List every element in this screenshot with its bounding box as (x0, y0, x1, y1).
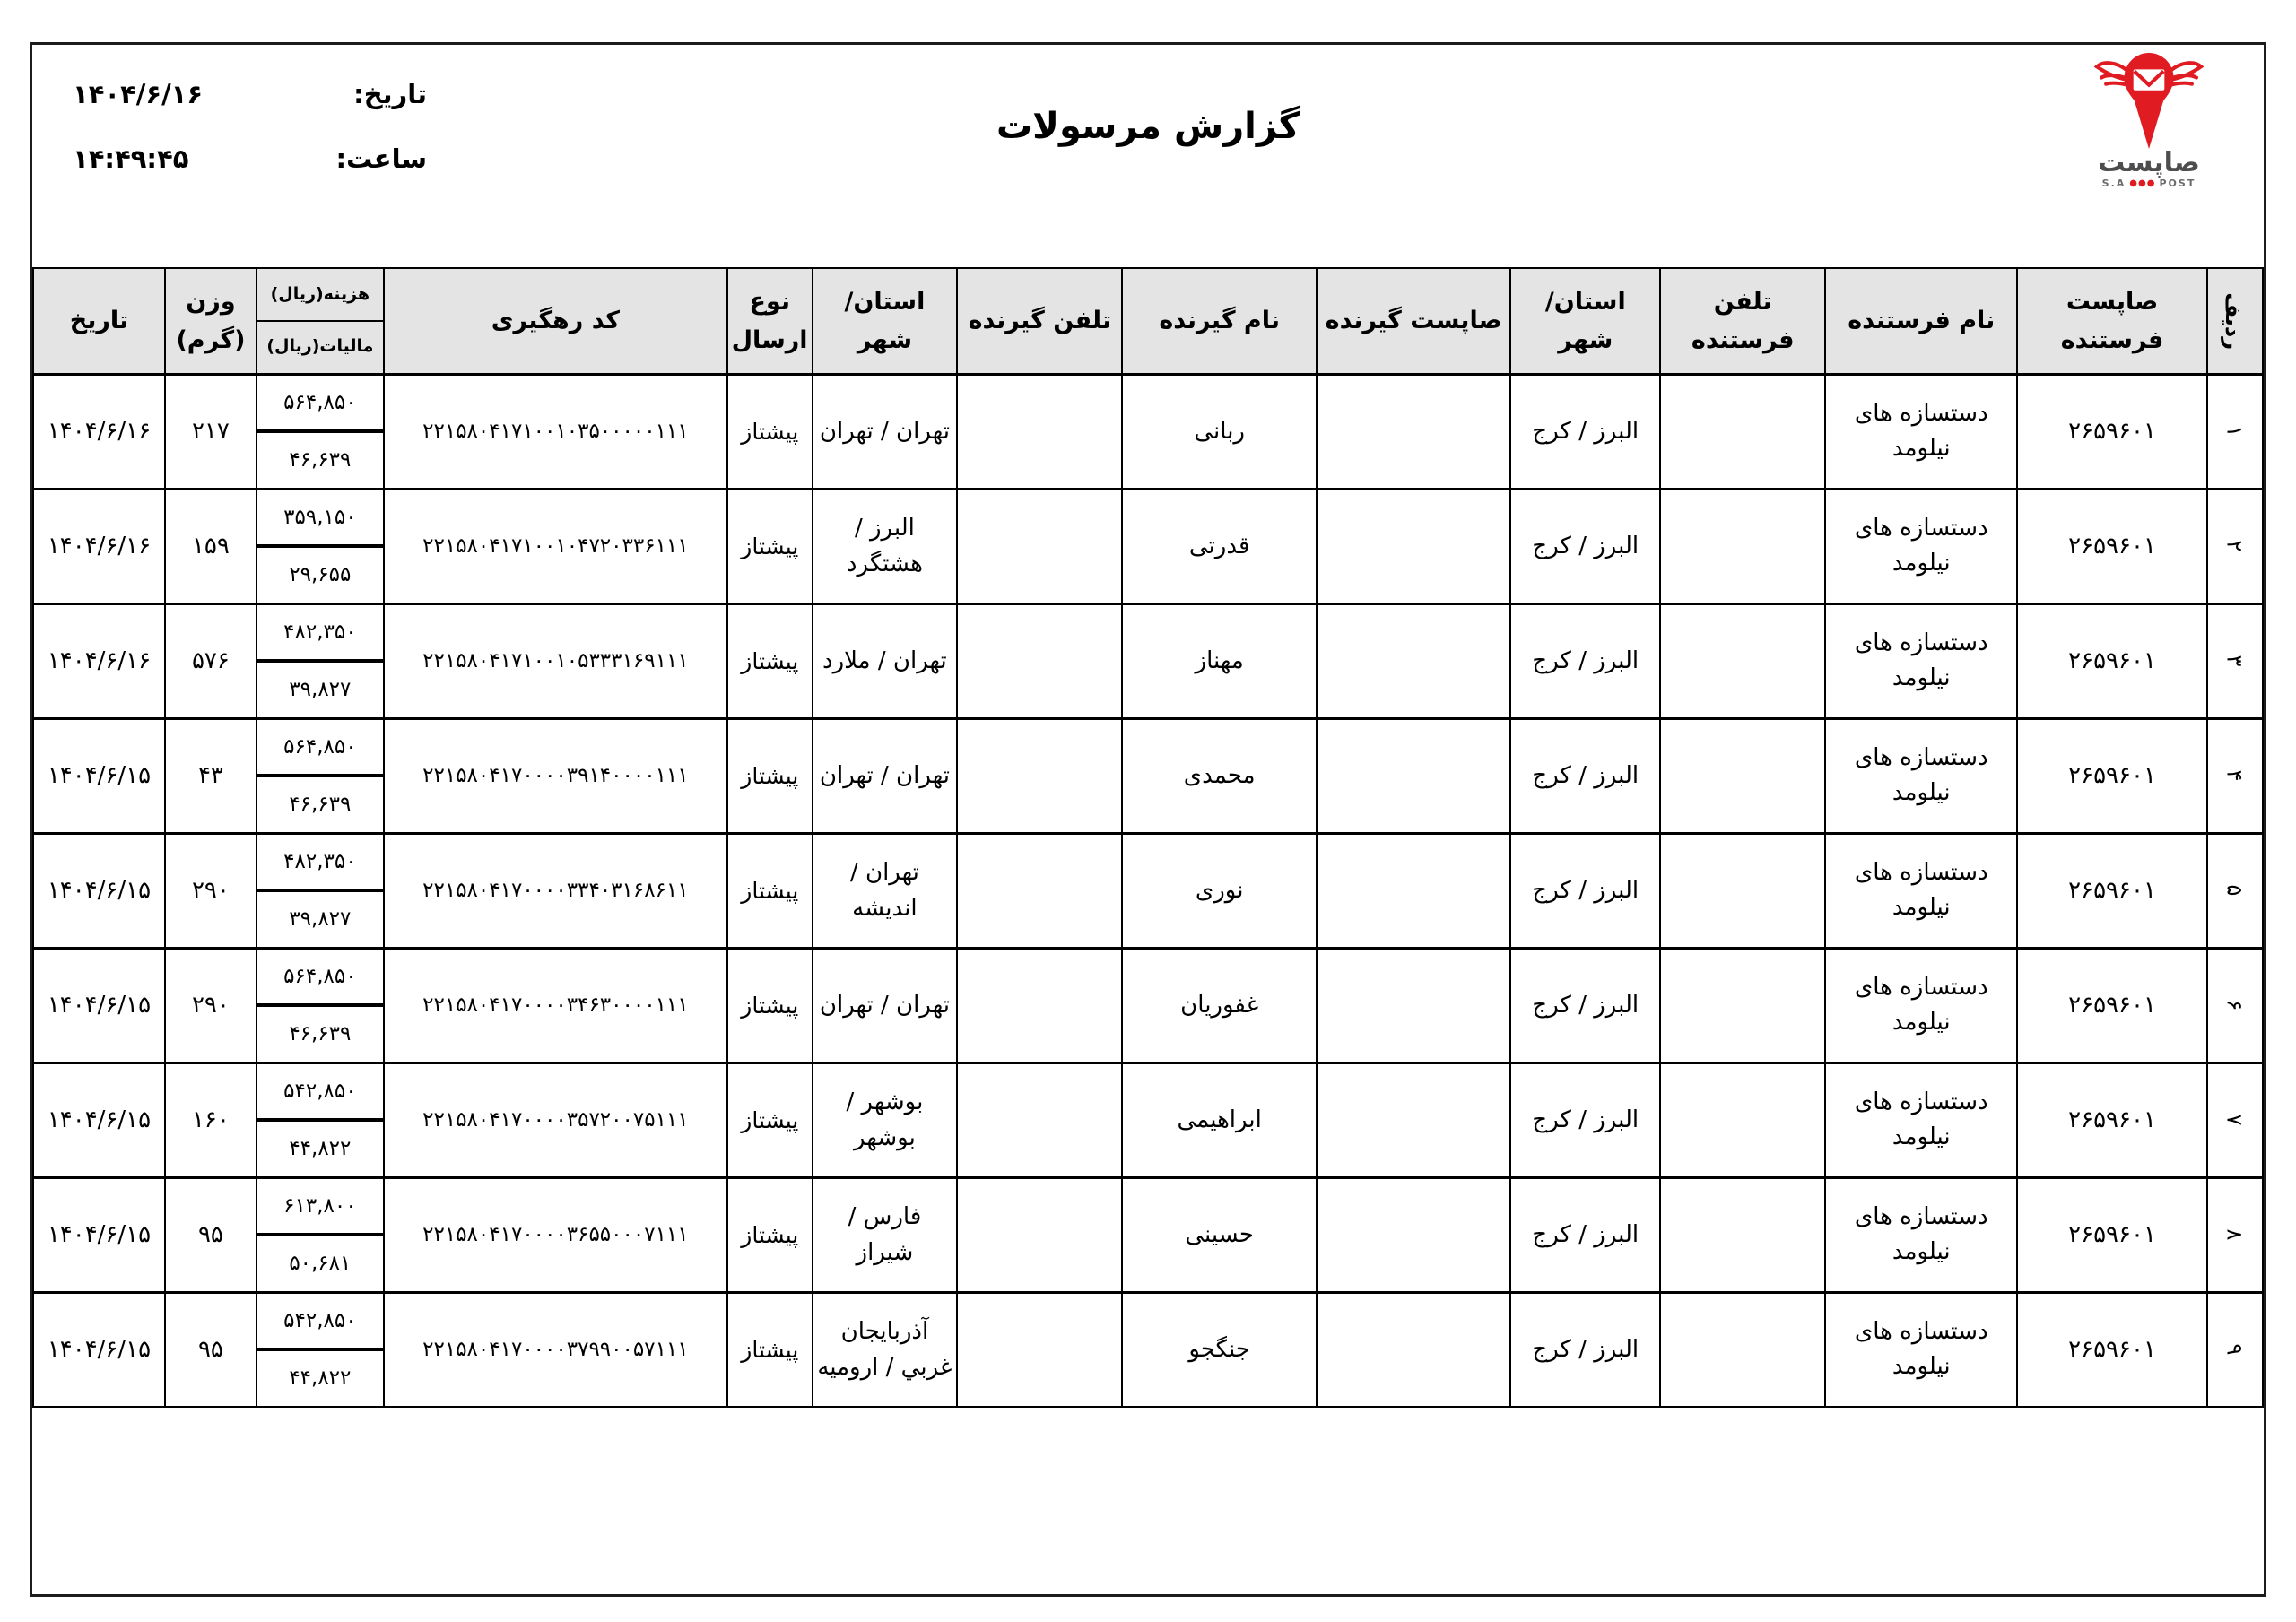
cell-send-type: پیشتاز (727, 718, 813, 833)
cell-cost: ۶۱۳,۸۰۰ (257, 1179, 383, 1236)
cell-weight: ۹۵ (165, 1177, 257, 1292)
col-header-weight: وزن (گرم) (165, 268, 257, 374)
cell-tracking-code: ۲۲۱۵۸۰۴۱۷۰۰۰۰۳۷۹۹۰۰۵۷۱۱۱ (384, 1292, 727, 1407)
cell-receiver-province: تهران / تهران (813, 374, 958, 489)
col-header-receiver-sapost: صاپست گیرنده (1317, 268, 1511, 374)
cell-sender-phone (1660, 833, 1825, 948)
cell-cost-tax: ۵۶۴,۸۵۰ ۴۶,۶۳۹ (257, 948, 384, 1063)
cell-receiver-phone (957, 489, 1122, 603)
cell-sender-sapost: ۲۶۵۹۶۰۱ (2017, 374, 2207, 489)
cell-receiver-phone (957, 374, 1122, 489)
cell-date: ۱۴۰۴/۶/۱۶ (33, 374, 165, 489)
cell-receiver-phone (957, 603, 1122, 718)
cell-send-type: پیشتاز (727, 603, 813, 718)
table-row: ۶ ۲۶۵۹۶۰۱ دستسازه های نیلومد البرز / کرج… (33, 948, 2263, 1063)
cell-receiver-sapost (1317, 603, 1511, 718)
time-value: ۱۴:۴۹:۴۵ (73, 143, 188, 174)
cell-receiver-name: ابراهیمی (1122, 1063, 1317, 1177)
cell-weight: ۱۶۰ (165, 1063, 257, 1177)
date-value: ۱۴۰۴/۶/۱۶ (73, 79, 203, 109)
cell-receiver-sapost (1317, 374, 1511, 489)
col-header-receiver-province: استان/ شهر (813, 268, 958, 374)
col-header-receiver-name: نام گیرنده (1122, 268, 1317, 374)
cell-weight: ۲۹۰ (165, 948, 257, 1063)
cell-tracking-code: ۲۲۱۵۸۰۴۱۷۰۰۰۰۳۶۵۵۰۰۰۷۱۱۱ (384, 1177, 727, 1292)
cell-weight: ۴۳ (165, 718, 257, 833)
cell-sender-province: البرز / کرج (1510, 1063, 1660, 1177)
cell-row-no: ۸ (2207, 1177, 2263, 1292)
sapost-dots-icon: ●●● (2129, 178, 2155, 188)
cell-sender-phone (1660, 489, 1825, 603)
cell-sender-sapost: ۲۶۵۹۶۰۱ (2017, 718, 2207, 833)
cell-tax: ۵۰,۶۸۱ (257, 1236, 383, 1290)
cell-sender-sapost: ۲۶۵۹۶۰۱ (2017, 833, 2207, 948)
cell-sender-name: دستسازه های نیلومد (1825, 948, 2017, 1063)
cell-send-type: پیشتاز (727, 1177, 813, 1292)
cell-sender-province: البرز / کرج (1510, 718, 1660, 833)
cell-date: ۱۴۰۴/۶/۱۶ (33, 489, 165, 603)
cell-cost-tax: ۵۶۴,۸۵۰ ۴۶,۶۳۹ (257, 718, 384, 833)
cell-tax: ۴۶,۶۳۹ (257, 777, 383, 831)
cell-sender-name: دستسازه های نیلومد (1825, 1292, 2017, 1407)
cell-row-no: ۴ (2207, 718, 2263, 833)
cell-row-no: ۳ (2207, 603, 2263, 718)
cell-sender-name: دستسازه های نیلومد (1825, 1063, 2017, 1177)
cell-receiver-phone (957, 1177, 1122, 1292)
cell-sender-phone (1660, 374, 1825, 489)
page-title: گزارش مرسولات (996, 106, 1300, 147)
table-row: ۴ ۲۶۵۹۶۰۱ دستسازه های نیلومد البرز / کرج… (33, 718, 2263, 833)
cell-tracking-code: ۲۲۱۵۸۰۴۱۷۰۰۰۰۳۹۱۴۰۰۰۰۱۱۱ (384, 718, 727, 833)
table-row: ۸ ۲۶۵۹۶۰۱ دستسازه های نیلومد البرز / کرج… (33, 1177, 2263, 1292)
cell-send-type: پیشتاز (727, 1292, 813, 1407)
date-label: تاریخ: (353, 79, 427, 109)
cell-row-no: ۱ (2207, 374, 2263, 489)
cell-sender-name: دستسازه های نیلومد (1825, 718, 2017, 833)
col-header-sender-province: استان/ شهر (1510, 268, 1660, 374)
cell-receiver-phone (957, 833, 1122, 948)
cell-tracking-code: ۲۲۱۵۸۰۴۱۷۱۰۰۱۰۳۵۰۰۰۰۰۱۱۱ (384, 374, 727, 489)
cell-receiver-province: تهران / تهران (813, 948, 958, 1063)
cell-date: ۱۴۰۴/۶/۱۵ (33, 1063, 165, 1177)
cell-send-type: پیشتاز (727, 1063, 813, 1177)
cell-tax: ۲۹,۶۵۵ (257, 548, 383, 602)
cell-sender-sapost: ۲۶۵۹۶۰۱ (2017, 1063, 2207, 1177)
cell-date: ۱۴۰۴/۶/۱۵ (33, 1292, 165, 1407)
time-label: ساعت: (335, 143, 427, 174)
table-row: ۳ ۲۶۵۹۶۰۱ دستسازه های نیلومد البرز / کرج… (33, 603, 2263, 718)
cell-receiver-name: ربانی (1122, 374, 1317, 489)
cell-receiver-name: حسینی (1122, 1177, 1317, 1292)
cell-receiver-name: محمدی (1122, 718, 1317, 833)
cell-sender-sapost: ۲۶۵۹۶۰۱ (2017, 489, 2207, 603)
table-row: ۲ ۲۶۵۹۶۰۱ دستسازه های نیلومد البرز / کرج… (33, 489, 2263, 603)
cell-send-type: پیشتاز (727, 833, 813, 948)
cell-tracking-code: ۲۲۱۵۸۰۴۱۷۱۰۰۱۰۴۷۲۰۳۳۶۱۱۱ (384, 489, 727, 603)
cell-tax: ۳۹,۸۲۷ (257, 892, 383, 946)
cell-receiver-province: بوشهر / بوشهر (813, 1063, 958, 1177)
cell-tracking-code: ۲۲۱۵۸۰۴۱۷۱۰۰۱۰۵۳۳۳۱۶۹۱۱۱ (384, 603, 727, 718)
col-header-sender-name: نام فرستنده (1825, 268, 2017, 374)
cell-weight: ۹۵ (165, 1292, 257, 1407)
sapost-wordmark: صاپست (2086, 149, 2212, 178)
cell-sender-sapost: ۲۶۵۹۶۰۱ (2017, 603, 2207, 718)
cell-cost: ۵۶۴,۸۵۰ (257, 720, 383, 777)
table-row: ۱ ۲۶۵۹۶۰۱ دستسازه های نیلومد البرز / کرج… (33, 374, 2263, 489)
cell-receiver-phone (957, 1063, 1122, 1177)
cell-tax: ۳۹,۸۲۷ (257, 663, 383, 716)
col-header-row-no: ردیف (2207, 268, 2263, 374)
cell-tracking-code: ۲۲۱۵۸۰۴۱۷۰۰۰۰۳۴۶۳۰۰۰۰۱۱۱ (384, 948, 727, 1063)
cell-receiver-province: البرز / هشتگرد (813, 489, 958, 603)
cell-row-no: ۲ (2207, 489, 2263, 603)
cell-cost-tax: ۴۸۲,۳۵۰ ۳۹,۸۲۷ (257, 833, 384, 948)
cell-cost: ۵۴۲,۸۵۰ (257, 1294, 383, 1351)
cell-tax: ۴۴,۸۲۲ (257, 1122, 383, 1175)
cell-sender-phone (1660, 1063, 1825, 1177)
cell-sender-phone (1660, 948, 1825, 1063)
sapost-subtext-left: S.A (2102, 178, 2126, 189)
cell-sender-province: البرز / کرج (1510, 948, 1660, 1063)
cell-row-no: ۹ (2207, 1292, 2263, 1407)
cell-weight: ۲۹۰ (165, 833, 257, 948)
cell-date: ۱۴۰۴/۶/۱۵ (33, 833, 165, 948)
cell-sender-phone (1660, 1177, 1825, 1292)
cell-cost-tax: ۴۸۲,۳۵۰ ۳۹,۸۲۷ (257, 603, 384, 718)
col-header-tracking-code: کد رهگیری (384, 268, 727, 374)
cell-cost: ۵۶۴,۸۵۰ (257, 950, 383, 1007)
cell-cost-tax: ۳۵۹,۱۵۰ ۲۹,۶۵۵ (257, 489, 384, 603)
cell-sender-name: دستسازه های نیلومد (1825, 374, 2017, 489)
col-header-date: تاریخ (33, 268, 165, 374)
cell-sender-name: دستسازه های نیلومد (1825, 603, 2017, 718)
cell-weight: ۱۵۹ (165, 489, 257, 603)
cell-sender-phone (1660, 718, 1825, 833)
cell-sender-sapost: ۲۶۵۹۶۰۱ (2017, 1292, 2207, 1407)
table-body: ۱ ۲۶۵۹۶۰۱ دستسازه های نیلومد البرز / کرج… (33, 374, 2263, 1407)
cell-receiver-sapost (1317, 1177, 1511, 1292)
cell-tax: ۴۶,۶۳۹ (257, 433, 383, 487)
cell-cost: ۴۸۲,۳۵۰ (257, 605, 383, 663)
cell-receiver-phone (957, 718, 1122, 833)
col-header-cost: هزینه(ریال) (257, 270, 383, 322)
cell-date: ۱۴۰۴/۶/۱۵ (33, 948, 165, 1063)
col-header-receiver-phone: تلفن گیرنده (957, 268, 1122, 374)
cell-send-type: پیشتاز (727, 948, 813, 1063)
cell-row-no: ۷ (2207, 1063, 2263, 1177)
cell-receiver-name: قدرتی (1122, 489, 1317, 603)
cell-receiver-name: جنگجو (1122, 1292, 1317, 1407)
cell-sender-province: البرز / کرج (1510, 374, 1660, 489)
cell-cost: ۵۶۴,۸۵۰ (257, 376, 383, 433)
col-header-send-type: نوع ارسال (727, 268, 813, 374)
cell-sender-province: البرز / کرج (1510, 1292, 1660, 1407)
cell-cost-tax: ۵۴۲,۸۵۰ ۴۴,۸۲۲ (257, 1063, 384, 1177)
cell-cost-tax: ۵۶۴,۸۵۰ ۴۶,۶۳۹ (257, 374, 384, 489)
cell-receiver-province: تهران / تهران (813, 718, 958, 833)
cell-receiver-province: فارس / شیراز (813, 1177, 958, 1292)
col-header-sender-sapost: صاپست فرستنده (2017, 268, 2207, 374)
table-row: ۹ ۲۶۵۹۶۰۱ دستسازه های نیلومد البرز / کرج… (33, 1292, 2263, 1407)
cell-cost-tax: ۶۱۳,۸۰۰ ۵۰,۶۸۱ (257, 1177, 384, 1292)
cell-weight: ۲۱۷ (165, 374, 257, 489)
cell-receiver-province: تهران / اندیشه (813, 833, 958, 948)
sapost-subtext: S.A ●●● POST (2086, 178, 2212, 189)
cell-sender-name: دستسازه های نیلومد (1825, 1177, 2017, 1292)
cell-receiver-sapost (1317, 1063, 1511, 1177)
report-page-frame: تاریخ: ۱۴۰۴/۶/۱۶ ساعت: ۱۴:۴۹:۴۵ گزارش مر… (30, 42, 2266, 1597)
cell-tracking-code: ۲۲۱۵۸۰۴۱۷۰۰۰۰۳۳۴۰۳۱۶۸۶۱۱ (384, 833, 727, 948)
cell-receiver-sapost (1317, 1292, 1511, 1407)
cell-receiver-province: آذربایجان غربي / ارومیه (813, 1292, 958, 1407)
col-header-cost-tax: هزینه(ریال) مالیات(ریال) (257, 268, 384, 374)
cell-sender-sapost: ۲۶۵۹۶۰۱ (2017, 1177, 2207, 1292)
cell-send-type: پیشتاز (727, 489, 813, 603)
sapost-pin-wings-icon (2093, 50, 2205, 151)
cell-date: ۱۴۰۴/۶/۱۶ (33, 603, 165, 718)
cell-cost-tax: ۵۴۲,۸۵۰ ۴۴,۸۲۲ (257, 1292, 384, 1407)
col-header-tax: مالیات(ریال) (257, 322, 383, 372)
report-date-row: تاریخ: ۱۴۰۴/۶/۱۶ (73, 79, 427, 143)
table-row: ۷ ۲۶۵۹۶۰۱ دستسازه های نیلومد البرز / کرج… (33, 1063, 2263, 1177)
report-header: تاریخ: ۱۴۰۴/۶/۱۶ ساعت: ۱۴:۴۹:۴۵ گزارش مر… (32, 45, 2264, 265)
cell-sender-name: دستسازه های نیلومد (1825, 489, 2017, 603)
cell-tax: ۴۶,۶۳۹ (257, 1007, 383, 1061)
cell-receiver-sapost (1317, 718, 1511, 833)
report-time-row: ساعت: ۱۴:۴۹:۴۵ (73, 143, 427, 208)
cell-sender-sapost: ۲۶۵۹۶۰۱ (2017, 948, 2207, 1063)
cell-weight: ۵۷۶ (165, 603, 257, 718)
cell-cost: ۵۴۲,۸۵۰ (257, 1064, 383, 1122)
cell-sender-province: البرز / کرج (1510, 603, 1660, 718)
sapost-subtext-right: POST (2159, 178, 2196, 189)
cell-receiver-sapost (1317, 833, 1511, 948)
cell-receiver-province: تهران / ملارد (813, 603, 958, 718)
cell-receiver-phone (957, 948, 1122, 1063)
cell-receiver-phone (957, 1292, 1122, 1407)
table-header: ردیف صاپست فرستنده نام فرستنده تلفن فرست… (33, 268, 2263, 374)
cell-receiver-sapost (1317, 489, 1511, 603)
cell-cost: ۴۸۲,۳۵۰ (257, 835, 383, 892)
cell-send-type: پیشتاز (727, 374, 813, 489)
col-header-sender-phone: تلفن فرستنده (1660, 268, 1825, 374)
cell-receiver-sapost (1317, 948, 1511, 1063)
cell-sender-phone (1660, 603, 1825, 718)
cell-sender-province: البرز / کرج (1510, 1177, 1660, 1292)
cell-sender-province: البرز / کرج (1510, 833, 1660, 948)
cell-sender-name: دستسازه های نیلومد (1825, 833, 2017, 948)
cell-tax: ۴۴,۸۲۲ (257, 1351, 383, 1405)
cell-receiver-name: مهناز (1122, 603, 1317, 718)
cell-sender-phone (1660, 1292, 1825, 1407)
table-row: ۵ ۲۶۵۹۶۰۱ دستسازه های نیلومد البرز / کرج… (33, 833, 2263, 948)
cell-sender-province: البرز / کرج (1510, 489, 1660, 603)
cell-tracking-code: ۲۲۱۵۸۰۴۱۷۰۰۰۰۳۵۷۲۰۰۷۵۱۱۱ (384, 1063, 727, 1177)
cell-receiver-name: نوری (1122, 833, 1317, 948)
report-datetime-block: تاریخ: ۱۴۰۴/۶/۱۶ ساعت: ۱۴:۴۹:۴۵ (73, 79, 427, 208)
cell-date: ۱۴۰۴/۶/۱۵ (33, 1177, 165, 1292)
cell-row-no: ۵ (2207, 833, 2263, 948)
cell-cost: ۳۵۹,۱۵۰ (257, 490, 383, 548)
shipments-table: ردیف صاپست فرستنده نام فرستنده تلفن فرست… (32, 267, 2264, 1408)
cell-row-no: ۶ (2207, 948, 2263, 1063)
cell-date: ۱۴۰۴/۶/۱۵ (33, 718, 165, 833)
sapost-logo: صاپست S.A ●●● POST (2086, 50, 2212, 189)
cell-receiver-name: غفوریان (1122, 948, 1317, 1063)
